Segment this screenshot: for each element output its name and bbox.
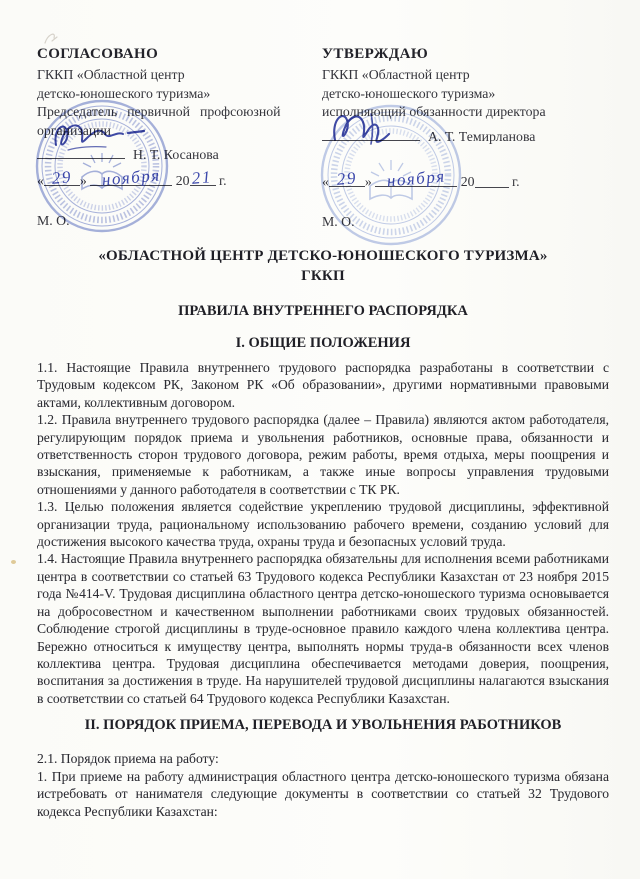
document-title-line2: ГККП [37, 267, 609, 287]
approval-right-title: УТВЕРЖДАЮ [322, 45, 614, 63]
section1-heading: I. ОБЩИЕ ПОЛОЖЕНИЯ [37, 335, 609, 352]
section2-body: 2.1. Порядок приема на работу: 1. При пр… [37, 750, 609, 820]
document-title: «ОБЛАСТНОЙ ЦЕНТР ДЕТСКО-ЮНОШЕСКОГО ТУРИЗ… [37, 247, 609, 286]
paragraph-2-1-item1: 1. При приеме на работу администрация об… [37, 768, 609, 821]
date-year-line: 21 [190, 171, 216, 186]
paper-speck [11, 560, 16, 564]
approval-right-org-line2: детско-юношеского туризма» [322, 85, 614, 103]
section2-heading: II. ПОРЯДОК ПРИЕМА, ПЕРЕВОДА И УВОЛЬНЕНИ… [37, 717, 609, 734]
approval-left-org-line1: ГККП «Областной центр [37, 66, 309, 84]
approval-right-org-line1: ГККП «Областной центр [322, 66, 614, 84]
paragraph-1-2: 1.2. Правила внутреннего трудового распо… [37, 411, 609, 498]
handwritten-signature-right [327, 106, 407, 154]
era-label: г. [512, 174, 520, 189]
approval-left-title: СОГЛАСОВАНО [37, 45, 309, 63]
document-subtitle: ПРАВИЛА ВНУТРЕННЕГО РАСПОРЯДКА [37, 303, 609, 320]
document-title-line1: «ОБЛАСТНОЙ ЦЕНТР ДЕТСКО-ЮНОШЕСКОГО ТУРИЗ… [37, 247, 609, 267]
era-label: г. [219, 173, 227, 188]
handwritten-year: 21 [191, 168, 213, 188]
paragraph-2-1: 2.1. Порядок приема на работу: [37, 750, 609, 768]
scanned-document-page: СОГЛАСОВАНО ГККП «Областной центр детско… [0, 0, 640, 879]
year-prefix: 20 [176, 173, 190, 188]
paragraph-1-3: 1.3. Целью положения является содействие… [37, 498, 609, 550]
date-year-line [475, 173, 509, 188]
handwritten-signature-left [48, 117, 158, 159]
paragraph-1-1: 1.1. Настоящие Правила внутреннего трудо… [37, 359, 609, 411]
paragraph-1-4: 1.4. Настоящие Правила внутреннего распо… [37, 550, 609, 707]
document-main: «ОБЛАСТНОЙ ЦЕНТР ДЕТСКО-ЮНОШЕСКОГО ТУРИЗ… [37, 247, 609, 821]
section1-body: 1.1. Настоящие Правила внутреннего трудо… [37, 359, 609, 707]
